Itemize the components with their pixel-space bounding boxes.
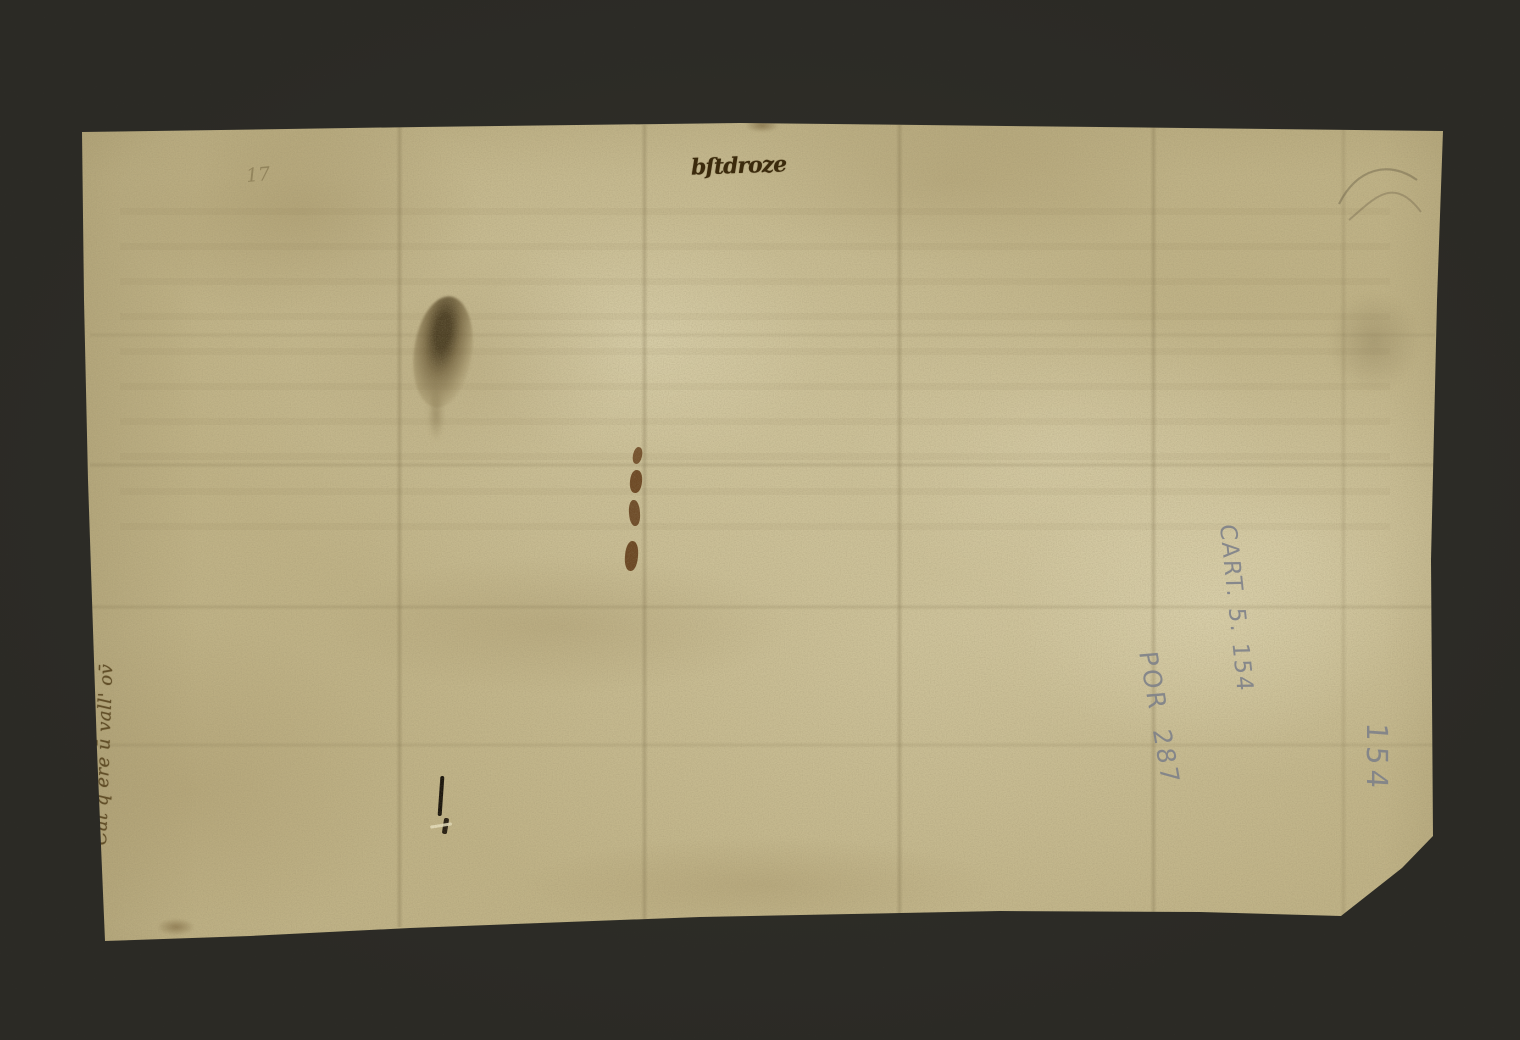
archive-folio-number: 154 [1360, 722, 1394, 795]
vertical-fold-line [641, 125, 648, 927]
vertical-fold-line [396, 125, 403, 927]
stain-tail [428, 388, 444, 440]
horizontal-fold-line [90, 332, 1435, 338]
faint-scribble: 17 [245, 163, 271, 187]
archive-photo-stage: bſtdroze 17 Cāt q̄ ēre ū vall' ov̄ CART.… [0, 0, 1520, 1040]
vertical-fold-line [896, 125, 903, 927]
horizontal-fold-line [90, 462, 1435, 468]
parchment-sheet: bſtdroze 17 Cāt q̄ ēre ū vall' ov̄ CART.… [0, 0, 1520, 1040]
horizontal-fold-line [90, 742, 1435, 748]
text-bleedthrough-lines [120, 180, 1390, 530]
edge-stain [158, 919, 194, 935]
medieval-docket-inscription: bſtdroze [691, 151, 787, 180]
vertical-fold-line [1150, 125, 1157, 927]
edge-stain [746, 119, 778, 132]
faded-smudge [1330, 293, 1418, 391]
vertical-fold-line [1340, 125, 1347, 927]
